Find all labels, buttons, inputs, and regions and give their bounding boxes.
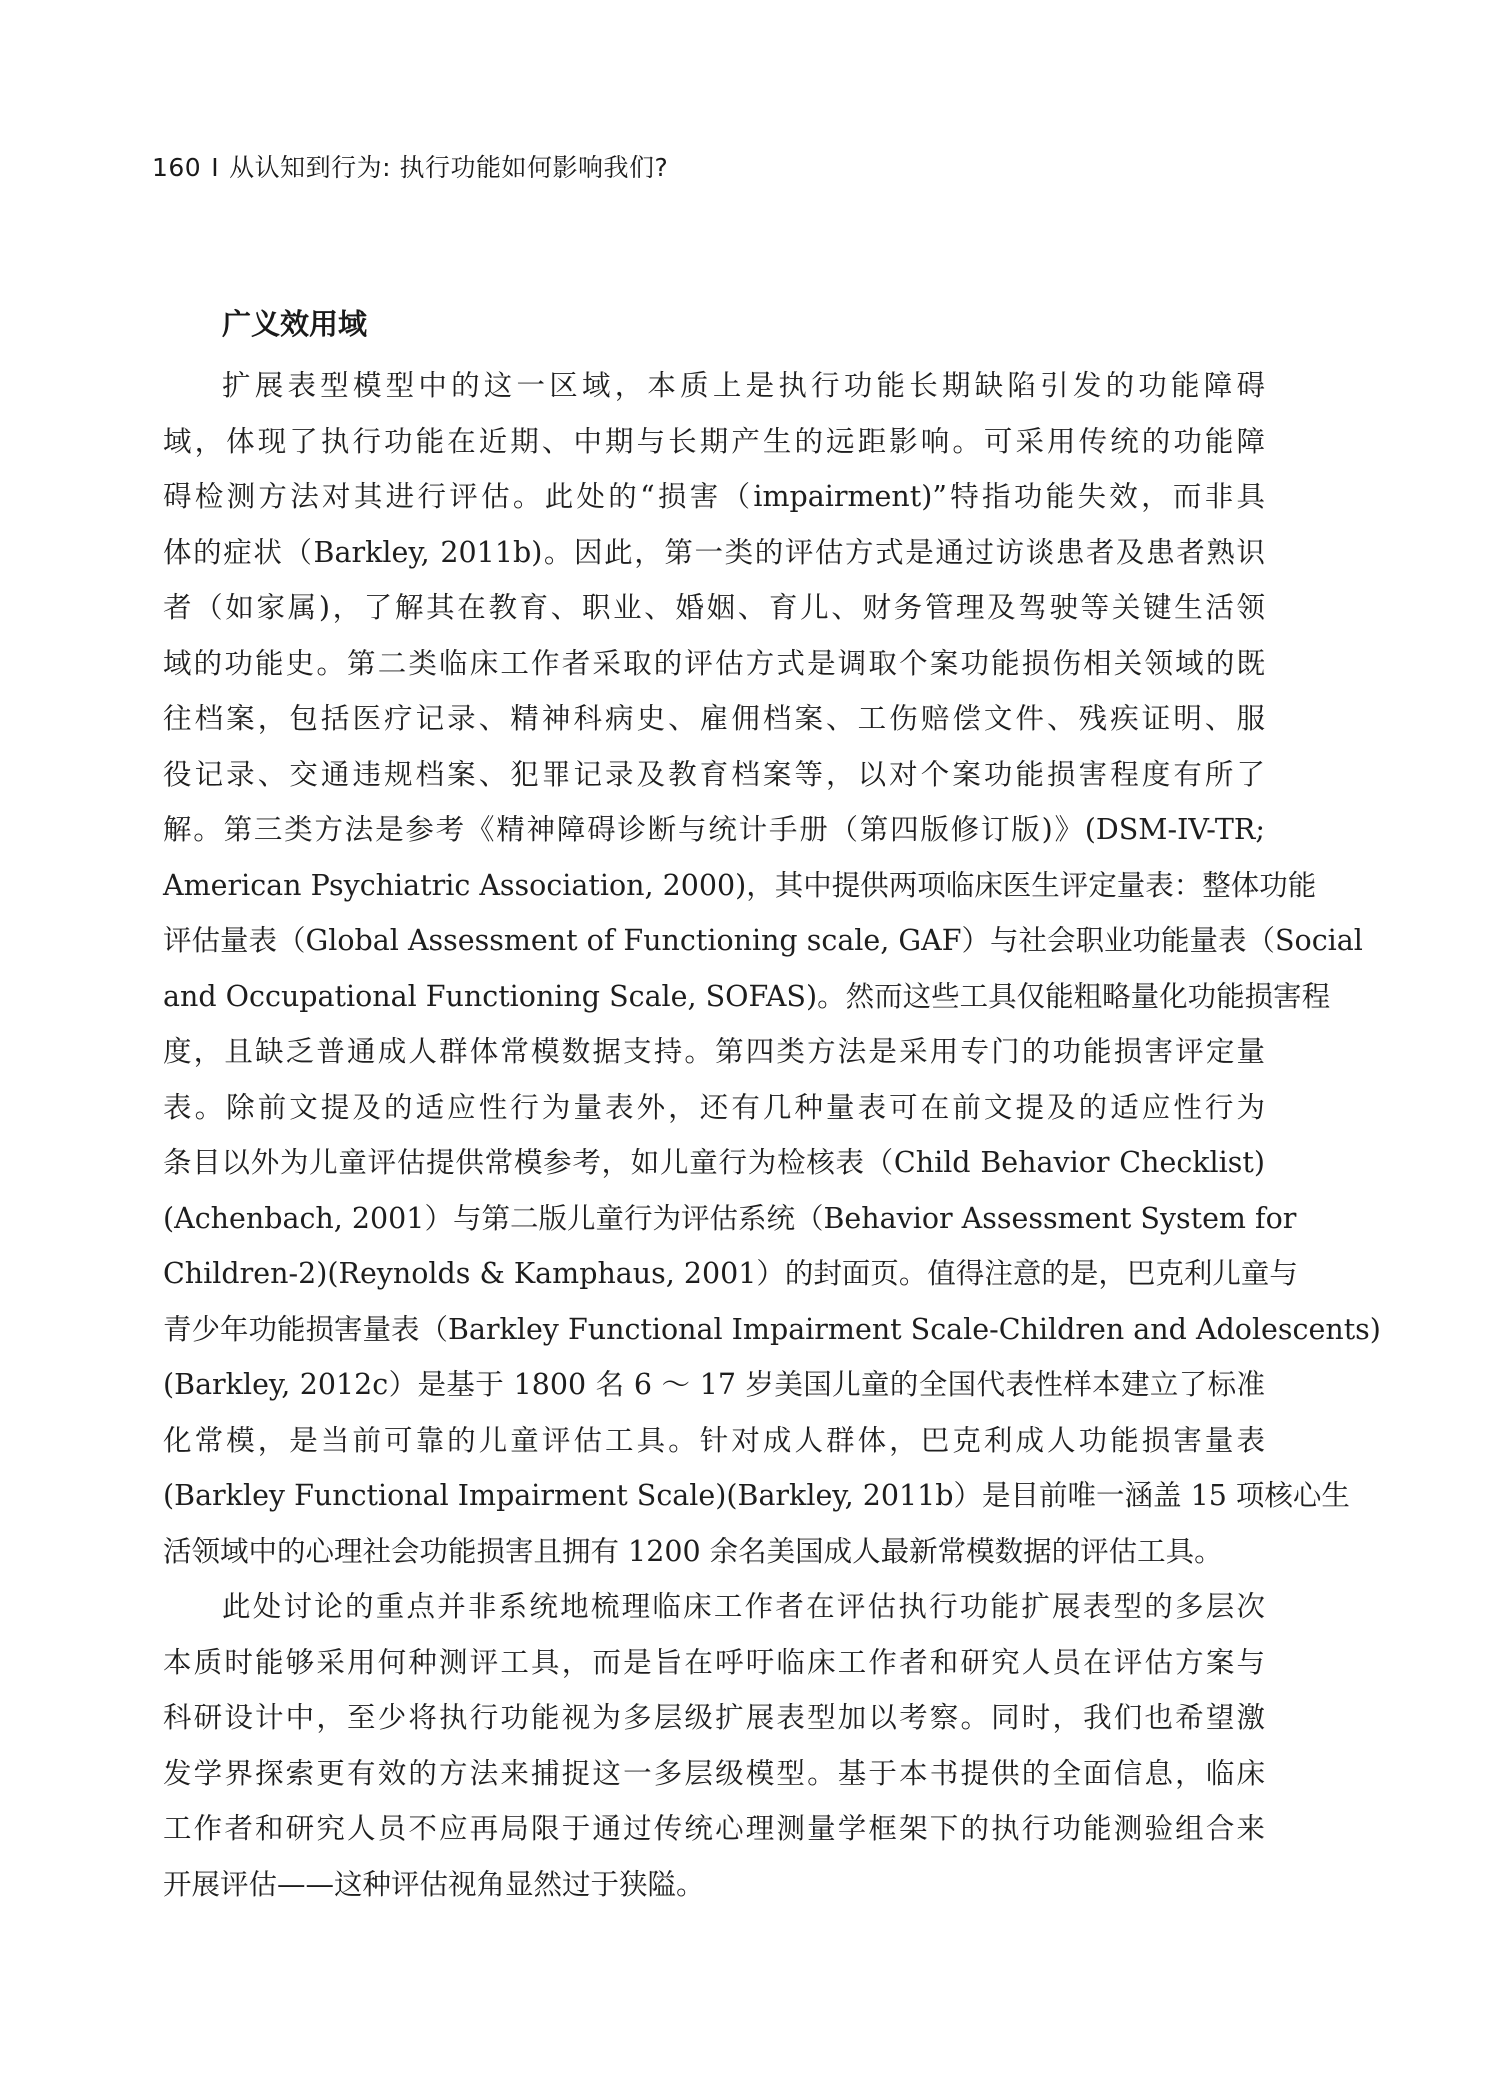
text-line: 者（如家属)，了解其在教育、职业、婚姻、育儿、财务管理及驾驶等关键生活领 (163, 580, 1265, 636)
text-line: 往档案，包括医疗记录、精神科病史、雇佣档案、工伤赔偿文件、残疾证明、服 (163, 691, 1265, 747)
text-line: 青少年功能损害量表（Barkley Functional Impairment … (163, 1302, 1265, 1358)
text-line: 开展评估——这种评估视角显然过于狭隘。 (163, 1857, 1265, 1913)
paragraph-2: 此处讨论的重点并非系统地梳理临床工作者在评估执行功能扩展表型的多层次 本质时能够… (163, 1579, 1265, 1912)
text-line: and Occupational Functioning Scale, SOFA… (163, 969, 1265, 1025)
text-line: 扩展表型模型中的这一区域，本质上是执行功能长期缺陷引发的功能障碍 (163, 358, 1265, 414)
text-line: 此处讨论的重点并非系统地梳理临床工作者在评估执行功能扩展表型的多层次 (163, 1579, 1265, 1635)
text-line: 役记录、交通违规档案、犯罪记录及教育档案等，以对个案功能损害程度有所了 (163, 747, 1265, 803)
text-line: 工作者和研究人员不应再局限于通过传统心理测量学框架下的执行功能测验组合来 (163, 1801, 1265, 1857)
body-text: 扩展表型模型中的这一区域，本质上是执行功能长期缺陷引发的功能障碍 域，体现了执行… (163, 358, 1265, 1912)
text-line: 解。第三类方法是参考《精神障碍诊断与统计手册（第四版修订版)》(DSM-IV-T… (163, 802, 1265, 858)
running-head: 160I从认知到行为: 执行功能如何影响我们? (152, 148, 668, 184)
text-line: 表。除前文提及的适应性行为量表外，还有几种量表可在前文提及的适应性行为 (163, 1080, 1265, 1136)
running-head-separator: I (211, 153, 219, 182)
text-line: 本质时能够采用何种测评工具，而是旨在呼吁临床工作者和研究人员在评估方案与 (163, 1635, 1265, 1691)
text-line: 碍检测方法对其进行评估。此处的“损害（impairment)”特指功能失效，而非… (163, 469, 1265, 525)
section-title: 广义效用域 (222, 302, 367, 343)
text-line: 活领域中的心理社会功能损害且拥有 1200 余名美国成人最新常模数据的评估工具。 (163, 1524, 1265, 1580)
text-line: 条目以外为儿童评估提供常模参考，如儿童行为检核表（Child Behavior … (163, 1135, 1265, 1191)
text-line: (Achenbach, 2001）与第二版儿童行为评估系统（Behavior A… (163, 1191, 1265, 1247)
text-line: 域的功能史。第二类临床工作者采取的评估方式是调取个案功能损伤相关领域的既 (163, 636, 1265, 692)
text-line: Children-2)(Reynolds & Kamphaus, 2001）的封… (163, 1246, 1265, 1302)
text-line: (Barkley Functional Impairment Scale)(Ba… (163, 1468, 1265, 1524)
text-line: 科研设计中，至少将执行功能视为多层级扩展表型加以考察。同时，我们也希望激 (163, 1690, 1265, 1746)
paragraph-1: 扩展表型模型中的这一区域，本质上是执行功能长期缺陷引发的功能障碍 域，体现了执行… (163, 358, 1265, 1579)
book-title: 从认知到行为: 执行功能如何影响我们? (229, 153, 668, 182)
page-number: 160 (152, 153, 201, 182)
text-line: 化常模，是当前可靠的儿童评估工具。针对成人群体，巴克利成人功能损害量表 (163, 1413, 1265, 1469)
text-line: 发学界探索更有效的方法来捕捉这一多层级模型。基于本书提供的全面信息，临床 (163, 1746, 1265, 1802)
text-line: American Psychiatric Association, 2000)，… (163, 858, 1265, 914)
text-line: 评估量表（Global Assessment of Functioning sc… (163, 913, 1265, 969)
text-line: 体的症状（Barkley, 2011b)。因此，第一类的评估方式是通过访谈患者及… (163, 525, 1265, 581)
text-line: (Barkley, 2012c）是基于 1800 名 6 ～ 17 岁美国儿童的… (163, 1357, 1265, 1413)
text-line: 域，体现了执行功能在近期、中期与长期产生的远距影响。可采用传统的功能障 (163, 414, 1265, 470)
text-line: 度，且缺乏普通成人群体常模数据支持。第四类方法是采用专门的功能损害评定量 (163, 1024, 1265, 1080)
